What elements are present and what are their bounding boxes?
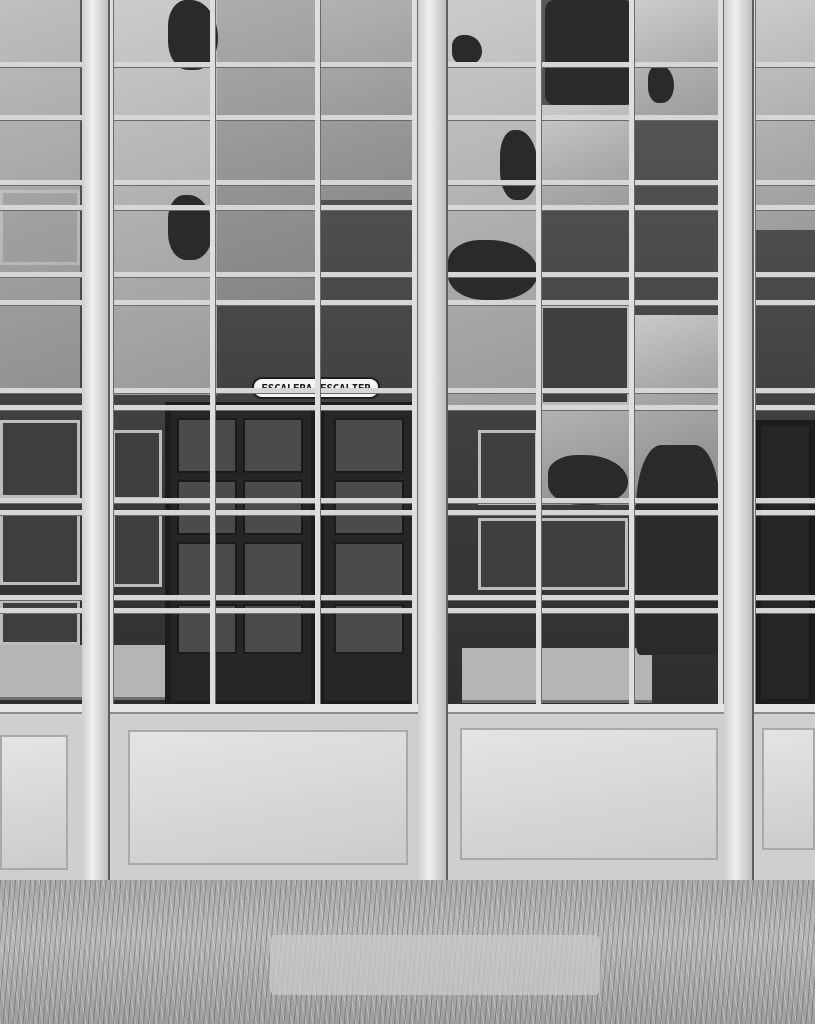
glass-pane <box>634 0 722 115</box>
broken-glass-hole <box>545 0 633 105</box>
broken-glass-hole <box>648 65 674 103</box>
steel-column <box>418 0 446 885</box>
door-pane <box>177 542 237 597</box>
window-mullion-horizontal <box>0 388 815 393</box>
window-mullion-horizontal <box>0 180 815 185</box>
window-mullion-vertical <box>718 0 723 710</box>
window-mullion-horizontal <box>0 498 815 503</box>
masonry-block <box>478 518 628 590</box>
window-mullion-horizontal <box>0 510 815 515</box>
photograph: ESCALERA ESCALIER <box>0 0 815 1024</box>
window-mullion-vertical <box>315 0 320 710</box>
masonry-block <box>0 420 80 498</box>
window-mullion-vertical <box>412 0 417 710</box>
door-pane <box>334 542 404 597</box>
window-mullion-horizontal <box>0 272 815 277</box>
window-mullion-vertical <box>210 0 215 710</box>
glass-pane <box>634 315 722 410</box>
window-mullion-horizontal <box>0 300 815 305</box>
masonry-block <box>478 430 538 505</box>
stone-ledge <box>462 648 652 703</box>
window-mullion-horizontal <box>0 405 815 410</box>
window-mullion-vertical <box>108 0 113 710</box>
window-mullion-vertical <box>629 0 634 710</box>
door-pane <box>334 418 404 473</box>
door-far-right <box>755 420 815 705</box>
broken-glass-hole <box>452 35 482 65</box>
window-mullion-vertical <box>536 0 541 710</box>
door-left <box>165 402 317 707</box>
steel-column <box>724 0 752 885</box>
wall-panel <box>460 728 718 860</box>
window-mullion-horizontal <box>0 115 815 120</box>
door-right <box>318 402 418 707</box>
glass-pane <box>0 0 80 390</box>
concrete-slab <box>270 935 600 995</box>
wall-panel <box>128 730 408 865</box>
window-mullion-horizontal <box>0 205 815 210</box>
wall-panel <box>0 735 68 870</box>
door-pane <box>243 480 303 535</box>
door-pane <box>177 418 237 473</box>
glass-pane <box>540 105 632 205</box>
broken-glass-hole <box>636 445 720 655</box>
window-mullion-horizontal <box>0 608 815 613</box>
masonry-block <box>112 430 162 500</box>
window-mullion-horizontal <box>0 595 815 600</box>
door-pane <box>243 542 303 597</box>
masonry-block <box>112 512 162 587</box>
masonry-block <box>0 600 80 645</box>
wall-panel <box>762 728 815 850</box>
steel-column <box>82 0 108 885</box>
masonry-block <box>0 510 80 585</box>
wall-sill <box>0 704 815 712</box>
glass-pane <box>320 0 418 200</box>
window-mullion-horizontal <box>0 62 815 67</box>
door-pane <box>334 480 404 535</box>
glass-pane <box>217 0 317 300</box>
door-pane <box>243 418 303 473</box>
door-pane <box>177 480 237 535</box>
